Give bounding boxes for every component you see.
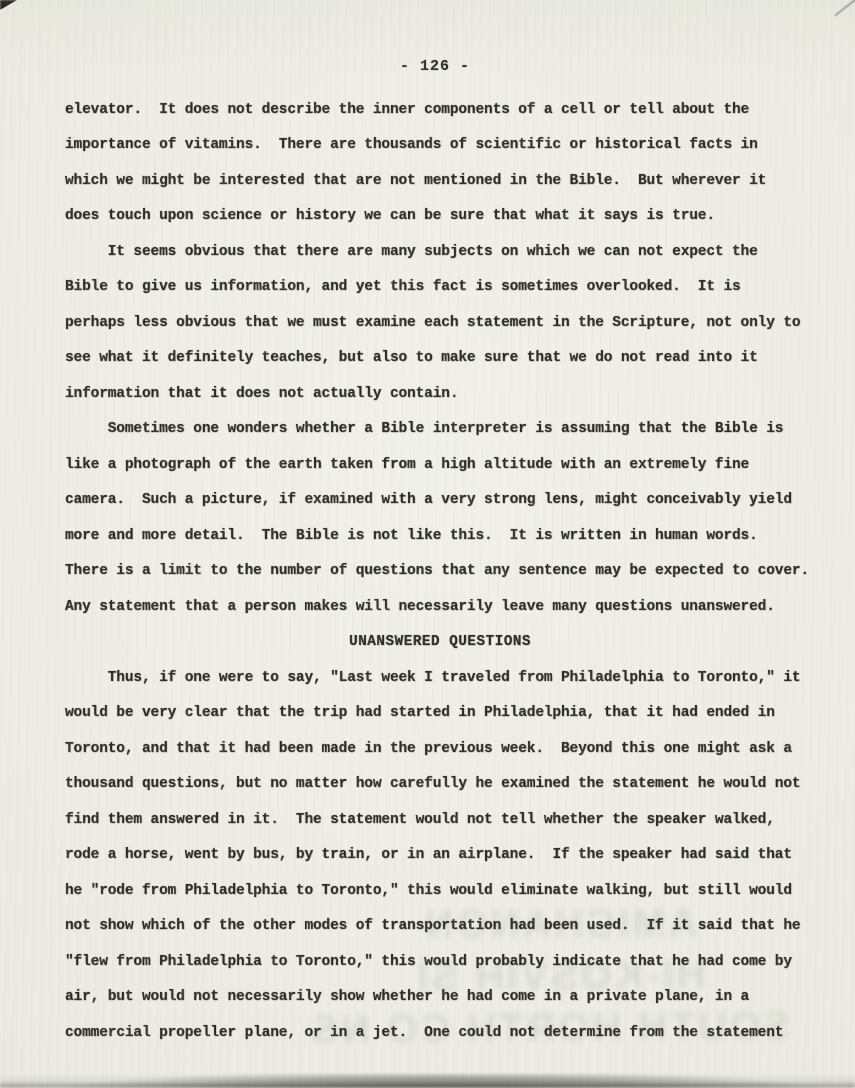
text-line: more and more detail. The Bible is not l… xyxy=(65,518,815,554)
text-line: find them answered in it. The statement … xyxy=(65,802,815,838)
scan-mark-top-right xyxy=(834,0,855,16)
text-line: There is a limit to the number of questi… xyxy=(65,554,815,590)
text-line: not show which of the other modes of tra… xyxy=(65,909,815,945)
text-line: elevator. It does not describe the inner… xyxy=(65,92,815,128)
scanned-document-page: AMICHANON HI-KOSVIH SI SOUTH HORTH CO NS… xyxy=(0,0,855,1088)
paragraph: Sometimes one wonders whether a Bible in… xyxy=(65,412,815,625)
text-line: he "rode from Philadelphia to Toronto," … xyxy=(65,873,815,909)
text-line: rode a horse, went by bus, by train, or … xyxy=(65,838,815,874)
paragraph: Thus, if one were to say, "Last week I t… xyxy=(65,660,815,1051)
text-line: perhaps less obvious that we must examin… xyxy=(65,305,815,341)
text-line: information that it does not actually co… xyxy=(65,376,815,412)
paragraph: It seems obvious that there are many sub… xyxy=(65,234,815,412)
text-line: see what it definitely teaches, but also… xyxy=(65,341,815,377)
scan-edge-shadow-bottom xyxy=(0,1074,855,1088)
text-line: Toronto, and that it had been made in th… xyxy=(65,731,815,767)
text-line: commercial propeller plane, or in a jet.… xyxy=(65,1015,815,1051)
text-line: which we might be interested that are no… xyxy=(65,163,815,199)
text-line: Bible to give us information, and yet th… xyxy=(65,270,815,306)
text-line: does touch upon science or history we ca… xyxy=(65,199,815,235)
text-line: Thus, if one were to say, "Last week I t… xyxy=(65,660,815,696)
text-line: thousand questions, but no matter how ca… xyxy=(65,767,815,803)
text-line: would be very clear that the trip had st… xyxy=(65,696,815,732)
text-line: camera. Such a picture, if examined with… xyxy=(65,483,815,519)
page-number: - 126 - xyxy=(65,58,805,75)
text-column: elevator. It does not describe the inner… xyxy=(65,92,815,1051)
text-line: air, but would not necessarily show whet… xyxy=(65,980,815,1016)
text-line: Any statement that a person makes will n… xyxy=(65,589,815,625)
text-line: "flew from Philadelphia to Toronto," thi… xyxy=(65,944,815,980)
text-line: like a photograph of the earth taken fro… xyxy=(65,447,815,483)
text-line: It seems obvious that there are many sub… xyxy=(65,234,815,270)
text-line: importance of vitamins. There are thousa… xyxy=(65,128,815,164)
scan-smudge-top-left xyxy=(0,0,17,10)
section-heading: UNANSWERED QUESTIONS xyxy=(65,625,815,661)
text-line: Sometimes one wonders whether a Bible in… xyxy=(65,412,815,448)
paragraph: elevator. It does not describe the inner… xyxy=(65,92,815,234)
